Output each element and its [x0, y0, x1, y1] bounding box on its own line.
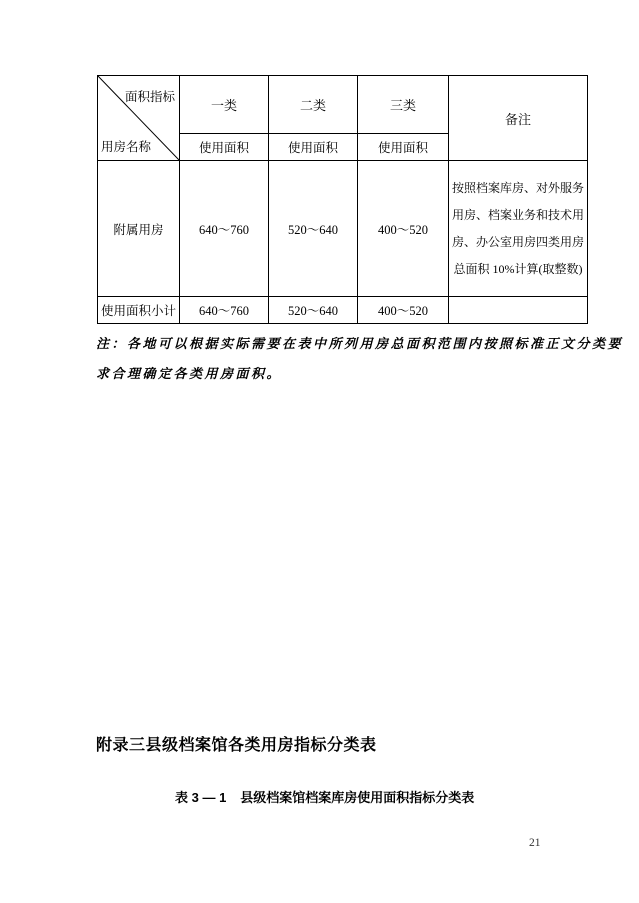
- table-caption-number: 表 3 — 1: [175, 790, 226, 805]
- table-caption: 表 3 — 1县级档案馆档案库房使用面积指标分类表: [175, 789, 474, 806]
- table-row-subtotal: 使用面积小计 640～760 520～640 400～520: [98, 297, 588, 324]
- corner-label-room-name: 用房名称: [101, 137, 151, 155]
- column-header-remark: 备注: [449, 76, 588, 161]
- value-class-1: 640～760: [180, 297, 269, 324]
- note-line-1: 注：各地可以根据实际需要在表中所列用房总面积范围内按照标准正文分类要: [96, 329, 582, 359]
- column-header-class-1: 一类: [180, 76, 269, 134]
- value-class-1: 640～760: [180, 161, 269, 297]
- table-header-row: 面积指标 用房名称 一类 二类 三类 备注: [98, 76, 588, 134]
- table-row-auxiliary-rooms: 附属用房 640～760 520～640 400～520 按照档案库房、对外服务…: [98, 161, 588, 297]
- subheader-usable-area-1: 使用面积: [180, 134, 269, 161]
- document-page: 面积指标 用房名称 一类 二类 三类 备注 使用面积 使用面积 使用面积 附属用…: [0, 0, 639, 903]
- appendix-heading: 附录三县级档案馆各类用房指标分类表: [96, 735, 377, 757]
- value-class-3: 400～520: [358, 297, 449, 324]
- corner-label-area-indicator: 面积指标: [125, 87, 175, 105]
- table-note: 注：各地可以根据实际需要在表中所列用房总面积范围内按照标准正文分类要 求合理确定…: [96, 329, 582, 389]
- area-indicator-table: 面积指标 用房名称 一类 二类 三类 备注 使用面积 使用面积 使用面积 附属用…: [97, 75, 588, 324]
- value-class-2: 520～640: [269, 297, 358, 324]
- row-label: 使用面积小计: [98, 297, 180, 324]
- column-header-class-3: 三类: [358, 76, 449, 134]
- subheader-usable-area-3: 使用面积: [358, 134, 449, 161]
- column-header-class-2: 二类: [269, 76, 358, 134]
- note-line-2: 求合理确定各类用房面积。: [96, 359, 582, 389]
- corner-header-cell: 面积指标 用房名称: [98, 76, 180, 161]
- subheader-usable-area-2: 使用面积: [269, 134, 358, 161]
- value-class-3: 400～520: [358, 161, 449, 297]
- remark-empty: [449, 297, 588, 324]
- remark-text: 按照档案库房、对外服务用房、档案业务和技术用房、办公室用房四类用房总面积 10%…: [449, 161, 588, 297]
- value-class-2: 520～640: [269, 161, 358, 297]
- page-number: 21: [529, 837, 541, 849]
- row-label: 附属用房: [98, 161, 180, 297]
- table-caption-title: 县级档案馆档案库房使用面积指标分类表: [240, 790, 474, 805]
